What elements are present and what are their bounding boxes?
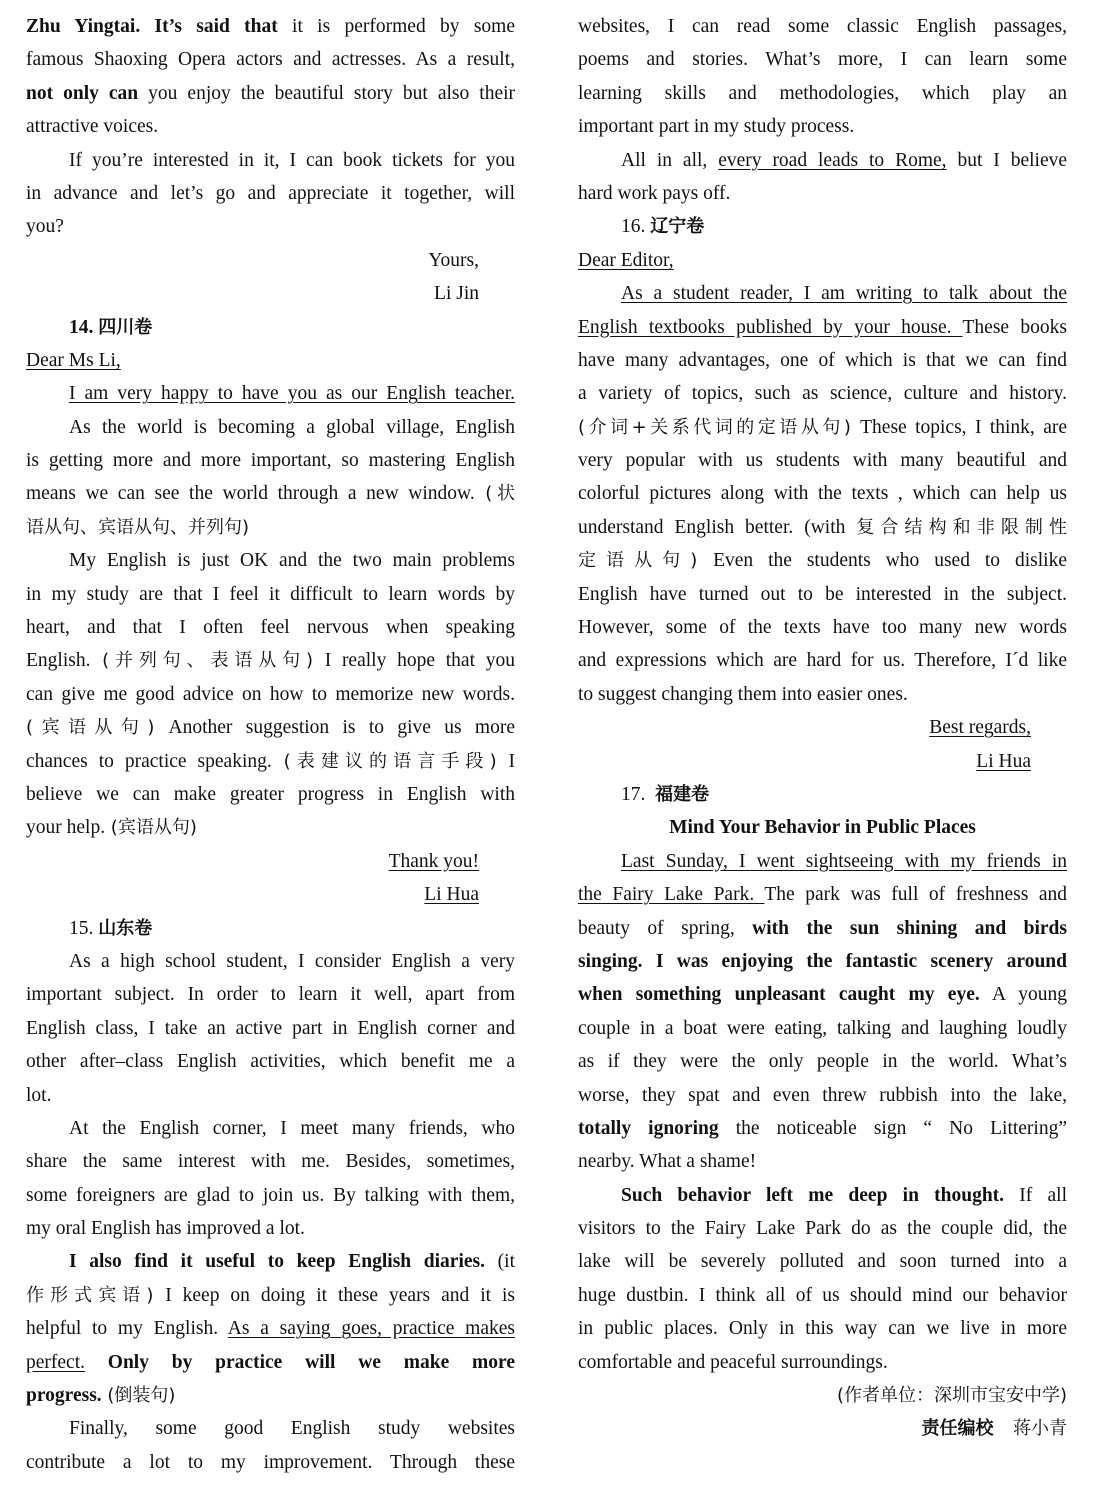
text-line: chances to practice speaking. (表建议的语言手段)… [26,745,515,778]
text-line: Zhu Yingtai. It’s said that it is perfor… [26,10,515,43]
section-heading: 16. 辽宁卷 [578,210,1067,243]
text-line: However, some of the texts have too many… [578,611,1067,644]
text-line: believe we can make greater progress in … [26,778,515,811]
text-line: poems and stories. What’s more, I can le… [578,43,1067,76]
text-line: lake will be severely polluted and soon … [578,1245,1067,1278]
letter-signature: Li Hua [26,878,515,911]
section-14: 14. 四川卷 Dear Ms Li, I am very happy to h… [26,311,515,912]
editor-label: 责任编校 [922,1418,994,1439]
section-heading: 14. 四川卷 [26,311,515,344]
text-line: visitors to the Fairy Lake Park do as th… [578,1212,1067,1245]
section-15-continued: websites, I can read some classic Englis… [578,10,1067,210]
text-line: I am very happy to have you as our Engli… [26,377,515,410]
text-line: important subject. In order to learn it … [26,978,515,1011]
text-line: (介词+关系代词的定语从句) These topics, I think, ar… [578,411,1067,444]
text-line: English. (并列句、表语从句) I really hope that y… [26,644,515,677]
text-line: All in all, every road leads to Rome, bu… [578,144,1067,177]
text-line: and expressions which are hard for us. T… [578,644,1067,677]
text-line: understand English better. (with 复合结构和非限… [578,511,1067,544]
text-line: At the English corner, I meet many frien… [26,1112,515,1145]
section-15: 15. 山东卷 As a high school student, I cons… [26,912,515,1480]
text-line: attractive voices. [26,110,515,143]
text-line: websites, I can read some classic Englis… [578,10,1067,43]
text-line: worse, they spat and even threw rubbish … [578,1079,1067,1112]
text-line: in my study are that I feel it difficult… [26,578,515,611]
section-heading: 17. 福建卷 [578,778,1067,811]
text-line: share the same interest with me. Besides… [26,1145,515,1178]
text-line: English class, I take an active part in … [26,1012,515,1045]
grammar-note: 语从句、宾语从句、并列句) [26,511,515,544]
text-line: means we can see the world through a new… [26,477,515,510]
essay-title: Mind Your Behavior in Public Places [578,811,1067,844]
editor-credit: 责任编校 蒋小青 [578,1412,1067,1445]
text-line: Such behavior left me deep in thought. I… [578,1179,1067,1212]
letter-closing: Yours, [26,244,515,277]
text-line: huge dustbin. I think all of us should m… [578,1279,1067,1312]
text-line: helpful to my English. As a saying goes,… [26,1312,515,1345]
text-line: English have turned out to be interested… [578,578,1067,611]
text-line: not only can you enjoy the beautiful sto… [26,77,515,110]
text-line: hard work pays off. [578,177,1067,210]
letter-closing: Best regards, [578,711,1067,744]
text-line: Finally, some good English study website… [26,1412,515,1445]
text-line: in public places. Only in this way can w… [578,1312,1067,1345]
text-line: other after–class English activities, wh… [26,1045,515,1078]
text-line: totally ignoring the noticeable sign “ N… [578,1112,1067,1145]
section-heading: 15. 山东卷 [26,912,515,945]
letter-continuation: Zhu Yingtai. It’s said that it is perfor… [26,10,515,311]
text-line: As the world is becoming a global villag… [26,411,515,444]
text-line: lot. [26,1079,515,1112]
text-line: beauty of spring, with the sun shining a… [578,912,1067,945]
text-line: some foreigners are glad to join us. By … [26,1179,515,1212]
text-line: If you’re interested in it, I can book t… [26,144,515,177]
text-line: 作形式宾语) I keep on doing it these years an… [26,1279,515,1312]
text-line: to suggest changing them into easier one… [578,678,1067,711]
text-line: Last Sunday, I went sightseeing with my … [578,845,1067,878]
text-line: I also find it useful to keep English di… [26,1245,515,1278]
letter-closing: Thank you! [26,845,515,878]
text-line: colorful pictures along with the texts ,… [578,477,1067,510]
text-line: As a student reader, I am writing to tal… [578,277,1067,310]
text-line: progress. (倒装句) [26,1379,515,1412]
text-line: famous Shaoxing Opera actors and actress… [26,43,515,76]
salutation: Dear Editor, [578,244,1067,277]
text-line: 定语从句) Even the students who used to disl… [578,544,1067,577]
text-line: perfect. Only by practice will we make m… [26,1346,515,1379]
text-line: as if they were the only people in the w… [578,1045,1067,1078]
text-line: have many advantages, one of which is th… [578,344,1067,377]
text-line: contribute a lot to my improvement. Thro… [26,1446,515,1479]
text-line: (宾语从句) Another suggestion is to give us … [26,711,515,744]
author-unit: (作者单位：深圳市宝安中学) [578,1379,1067,1412]
text-line: important part in my study process. [578,110,1067,143]
text-line: As a high school student, I consider Eng… [26,945,515,978]
right-column: websites, I can read some classic Englis… [578,10,1067,1446]
text-line: the Fairy Lake Park. The park was full o… [578,878,1067,911]
text-line: a variety of topics, such as science, cu… [578,377,1067,410]
text-line: nearby. What a shame! [578,1145,1067,1178]
text-line: when something unpleasant caught my eye.… [578,978,1067,1011]
text-line: very popular with us students with many … [578,444,1067,477]
text-line: singing. I was enjoying the fantastic sc… [578,945,1067,978]
text-line: my oral English has improved a lot. [26,1212,515,1245]
text-line: is getting more and more important, so m… [26,444,515,477]
text-line: English textbooks published by your hous… [578,311,1067,344]
letter-signature: Li Hua [578,745,1067,778]
text-line: My English is just OK and the two main p… [26,544,515,577]
section-17: 17. 福建卷 Mind Your Behavior in Public Pla… [578,778,1067,1446]
text-line: you? [26,210,515,243]
text-line: can give me good advice on how to memori… [26,678,515,711]
left-column: Zhu Yingtai. It’s said that it is perfor… [26,10,515,1479]
letter-signature: Li Jin [26,277,515,310]
text-line: learning skills and methodologies, which… [578,77,1067,110]
salutation: Dear Ms Li, [26,344,515,377]
section-16: 16. 辽宁卷 Dear Editor, As a student reader… [578,210,1067,778]
text-line: heart, and that I often feel nervous whe… [26,611,515,644]
text-line: couple in a boat were eating, talking an… [578,1012,1067,1045]
text-line: comfortable and peaceful surroundings. [578,1346,1067,1379]
editor-name: 蒋小青 [1013,1418,1067,1439]
text-line: your help. (宾语从句) [26,811,515,844]
text-line: in advance and let’s go and appreciate i… [26,177,515,210]
